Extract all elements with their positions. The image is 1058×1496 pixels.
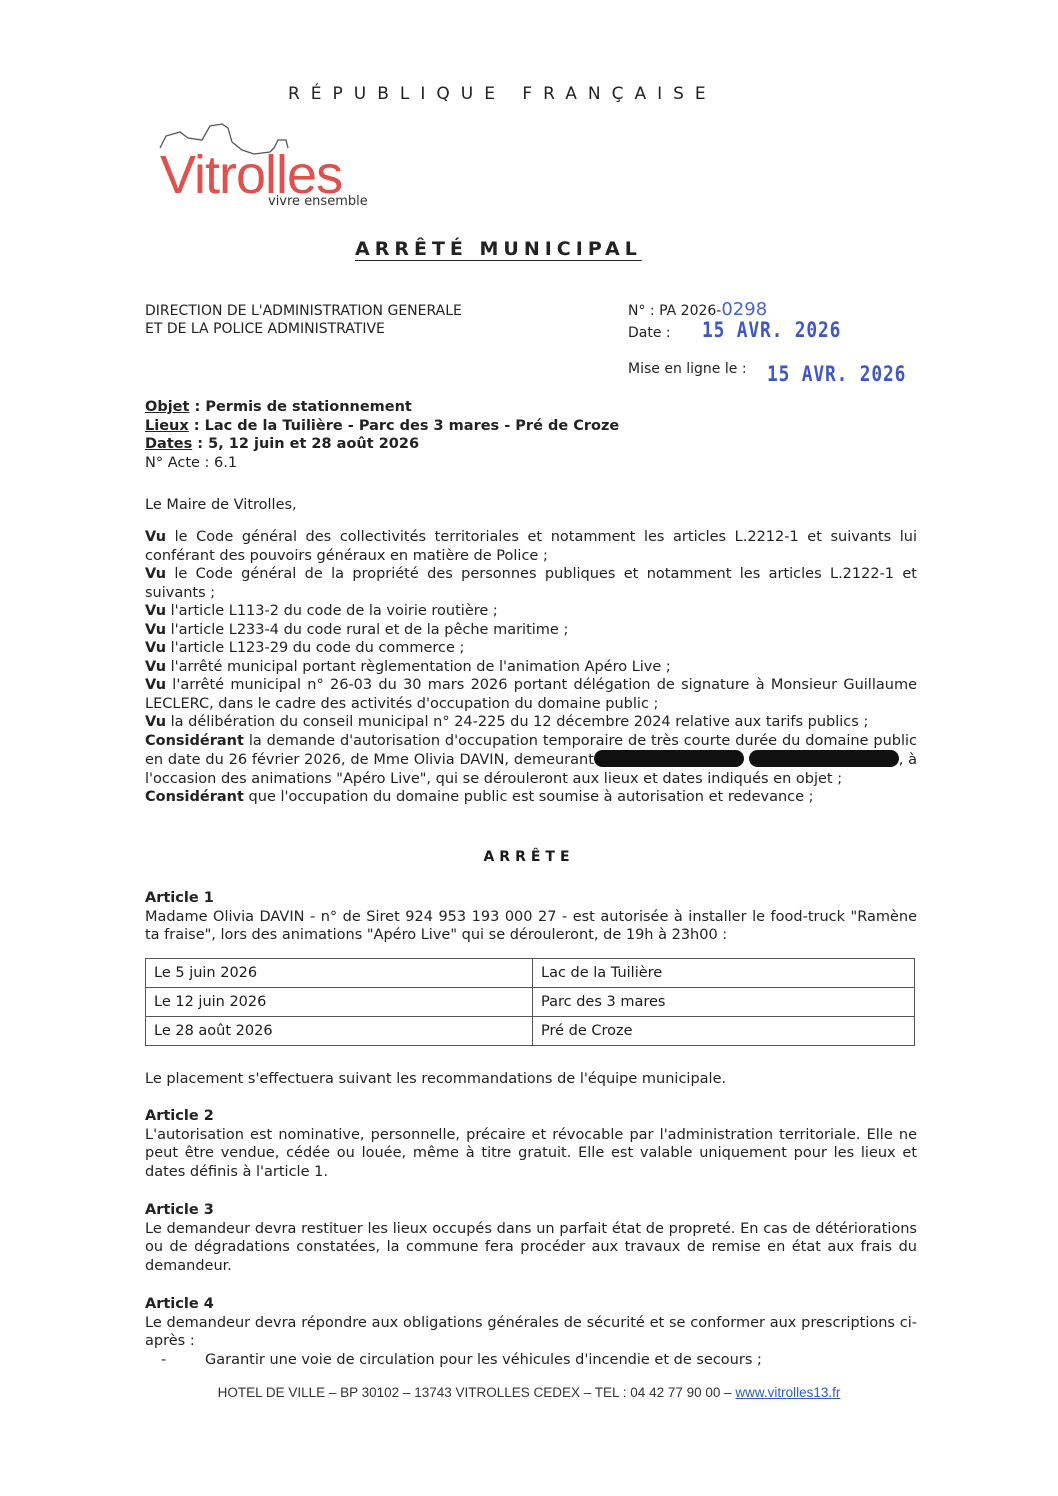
subject-block: Objet : Permis de stationnement Lieux : … — [145, 398, 917, 472]
schedule-table: Le 5 juin 2026 Lac de la Tuilière Le 12 … — [145, 958, 915, 1046]
placement-note: Le placement s'effectuera suivant les re… — [145, 1070, 917, 1089]
article-2-text: L'autorisation est nominative, personnel… — [145, 1126, 917, 1182]
redacted-address — [594, 750, 744, 767]
article-3-title: Article 3 — [145, 1201, 917, 1220]
consideration-item: Vu l'article L233-4 du code rural et de … — [145, 621, 917, 640]
consideration-item: Vu l'arrêté municipal portant règlementa… — [145, 658, 917, 677]
issuing-direction: DIRECTION DE L'ADMINISTRATION GENERALE E… — [145, 302, 462, 338]
date-label: Date : — [628, 325, 671, 341]
list-item: Garantir une voie de circulation pour le… — [161, 1351, 917, 1370]
consideration-item: Vu la délibération du conseil municipal … — [145, 713, 917, 732]
website-link[interactable]: www.vitrolles13.fr — [735, 1385, 840, 1400]
dates-value: : 5, 12 juin et 28 août 2026 — [192, 436, 419, 452]
reference-block: N° : PA 2026-0298 Date : 15 AVR. 2026 Mi… — [628, 300, 931, 379]
article-4: Article 4 Le demandeur devra répondre au… — [145, 1295, 917, 1369]
article-3: Article 3 Le demandeur devra restituer l… — [145, 1201, 917, 1275]
mayor-intro: Le Maire de Vitrolles, — [145, 496, 917, 515]
reference-label: N° : PA 2026- — [628, 303, 721, 319]
table-row: Le 5 juin 2026 Lac de la Tuilière — [146, 959, 915, 988]
document-title: ARRÊTÉ MUNICIPAL — [355, 238, 642, 260]
table-row: Le 28 août 2026 Pré de Croze — [146, 1017, 915, 1046]
considerant-request: Considérant la demande d'autorisation d'… — [145, 732, 917, 789]
online-label: Mise en ligne le : — [628, 361, 747, 377]
lieux-label: Lieux — [145, 418, 189, 434]
lieux-value: : Lac de la Tuilière - Parc des 3 mares … — [189, 418, 620, 434]
date-row: Date : 15 AVR. 2026 — [628, 321, 931, 343]
article-1-text: Madame Olivia DAVIN - n° de Siret 924 95… — [145, 908, 917, 945]
online-date-row: Mise en ligne le : 15 AVR. 2026 — [628, 357, 931, 379]
date-stamp: 15 AVR. 2026 — [702, 321, 841, 340]
objet-value: : Permis de stationnement — [189, 399, 411, 415]
schedule-place: Lac de la Tuilière — [533, 959, 915, 988]
consideration-item: Vu le Code général des collectivités ter… — [145, 528, 917, 565]
page-footer: HOTEL DE VILLE – BP 30102 – 13743 VITROL… — [0, 1385, 1058, 1400]
consideration-item: Vu le Code général de la propriété des p… — [145, 565, 917, 602]
dates-label: Dates — [145, 436, 192, 452]
schedule-date: Le 12 juin 2026 — [146, 988, 533, 1017]
article-1-title: Article 1 — [145, 889, 917, 908]
article-2: Article 2 L'autorisation est nominative,… — [145, 1107, 917, 1181]
article-4-text: Le demandeur devra répondre aux obligati… — [145, 1314, 917, 1351]
consideration-item: Vu l'arrêté municipal n° 26-03 du 30 mar… — [145, 676, 917, 713]
article-1: Article 1 Madame Olivia DAVIN - n° de Si… — [145, 889, 917, 945]
article-4-title: Article 4 — [145, 1295, 917, 1314]
table-row: Le 12 juin 2026 Parc des 3 mares — [146, 988, 915, 1017]
footer-address: HOTEL DE VILLE – BP 30102 – 13743 VITROL… — [218, 1385, 736, 1400]
logo-tagline: vivre ensemble — [268, 194, 368, 209]
considerant-fee: Considérant que l'occupation du domaine … — [145, 788, 917, 807]
article-3-text: Le demandeur devra restituer les lieux o… — [145, 1220, 917, 1276]
vitrolles-logo: Vitrolles vivre ensemble — [158, 118, 398, 218]
republique-francaise-heading: RÉPUBLIQUE FRANÇAISE — [288, 84, 717, 104]
prescriptions-list: Garantir une voie de circulation pour le… — [145, 1351, 917, 1370]
direction-line-2: ET DE LA POLICE ADMINISTRATIVE — [145, 320, 462, 338]
objet-label: Objet — [145, 399, 189, 415]
direction-line-1: DIRECTION DE L'ADMINISTRATION GENERALE — [145, 302, 462, 320]
consideration-item: Vu l'article L113-2 du code de la voirie… — [145, 602, 917, 621]
acte-number: N° Acte : 6.1 — [145, 454, 917, 473]
considerations-block: Vu le Code général des collectivités ter… — [145, 528, 917, 807]
schedule-date: Le 5 juin 2026 — [146, 959, 533, 988]
reference-number: 0298 — [721, 299, 767, 320]
schedule-place: Pré de Croze — [533, 1017, 915, 1046]
online-date-stamp: 15 AVR. 2026 — [767, 365, 906, 384]
consideration-item: Vu l'article L123-29 du code du commerce… — [145, 639, 917, 658]
schedule-place: Parc des 3 mares — [533, 988, 915, 1017]
arrete-heading: ARRÊTE — [0, 849, 1058, 865]
redacted-address-continued — [749, 750, 899, 767]
article-2-title: Article 2 — [145, 1107, 917, 1126]
schedule-date: Le 28 août 2026 — [146, 1017, 533, 1046]
